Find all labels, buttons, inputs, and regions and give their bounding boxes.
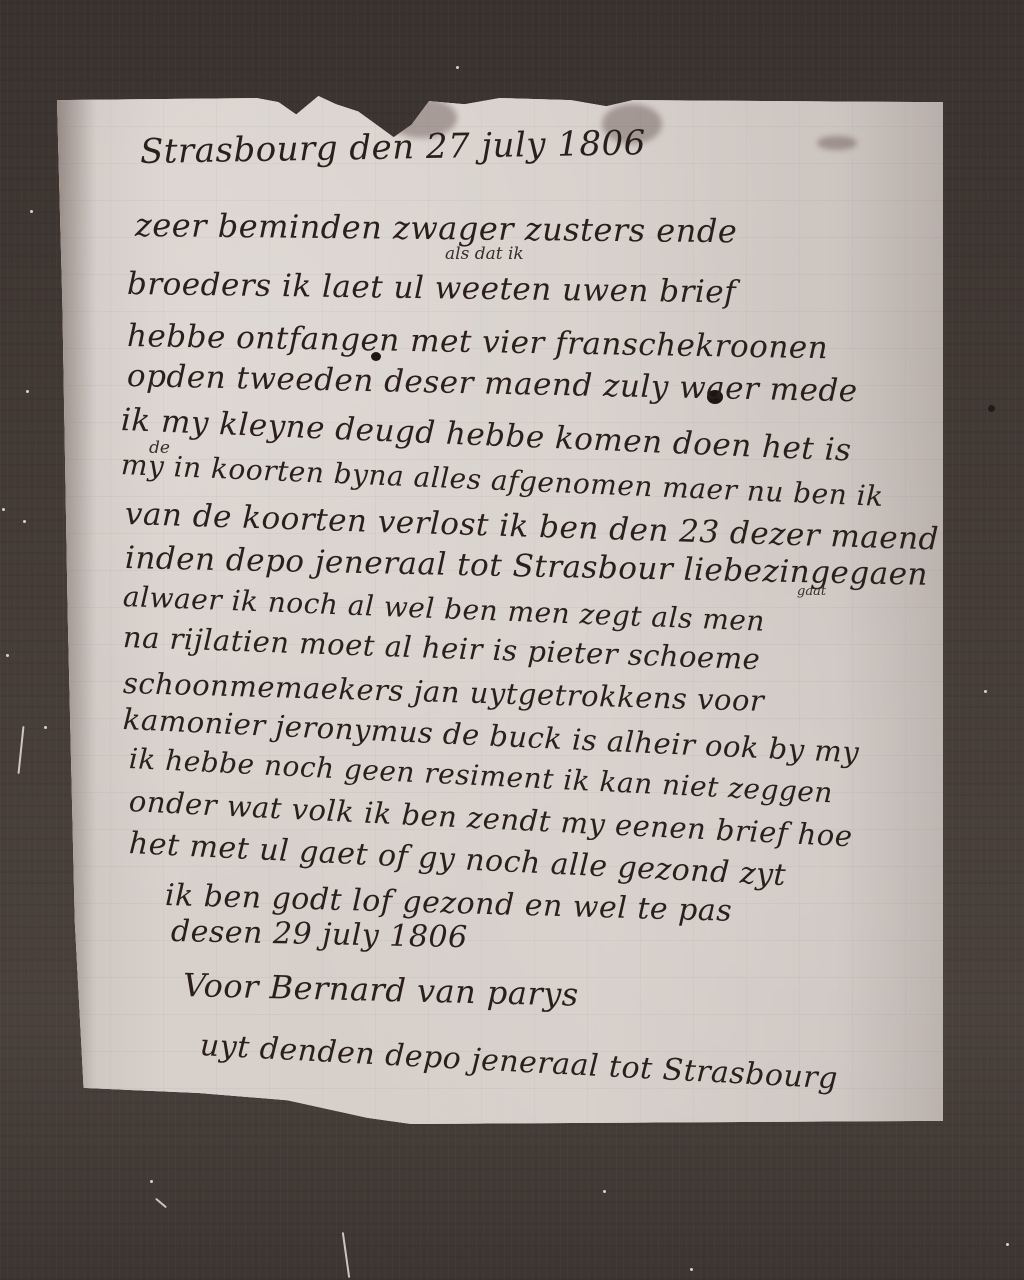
letter-closing: Voor Bernard van parys xyxy=(183,966,580,1014)
dust-speck xyxy=(603,1190,606,1193)
letter-line-2: hebbe ontfangen met vier franschekroonen xyxy=(127,318,829,366)
letter-line-3: opden tweeden deser maend zuly waer mede xyxy=(127,358,858,409)
dust-speck xyxy=(44,726,47,729)
dust-speck xyxy=(6,654,9,657)
dust-speck xyxy=(150,1180,153,1183)
interlinear-insertion: gaat xyxy=(797,584,826,599)
letter-date-line: desen 29 july 1806 xyxy=(171,914,468,955)
dust-speck xyxy=(26,390,29,393)
dust-speck xyxy=(1006,1243,1009,1246)
dust-speck xyxy=(456,66,459,69)
film-scratch xyxy=(155,1198,167,1209)
dust-speck xyxy=(984,690,987,693)
dust-speck xyxy=(690,1268,693,1271)
film-scratch xyxy=(17,726,24,774)
film-scratch xyxy=(342,1232,350,1278)
letter-line-1: broeders ik laet ul weeten uwen brief xyxy=(127,266,737,311)
letter-salutation: zeer beminden zwager zusters ende xyxy=(135,206,738,250)
ink-spot xyxy=(988,405,995,412)
dust-speck xyxy=(2,508,5,511)
dust-speck xyxy=(30,210,33,213)
letter-heading: Strasbourg den 27 july 1806 xyxy=(140,123,647,172)
sender-address: uyt denden depo jeneraal tot Strasbourg xyxy=(199,1028,839,1096)
letter-paper: Strasbourg den 27 july 1806 zeer beminde… xyxy=(57,96,943,1126)
handwritten-text: Strasbourg den 27 july 1806 zeer beminde… xyxy=(57,96,943,1126)
interlinear-insertion: als dat ik xyxy=(445,244,524,264)
dust-speck xyxy=(23,520,26,523)
document-photograph: Strasbourg den 27 july 1806 zeer beminde… xyxy=(0,0,1024,1280)
